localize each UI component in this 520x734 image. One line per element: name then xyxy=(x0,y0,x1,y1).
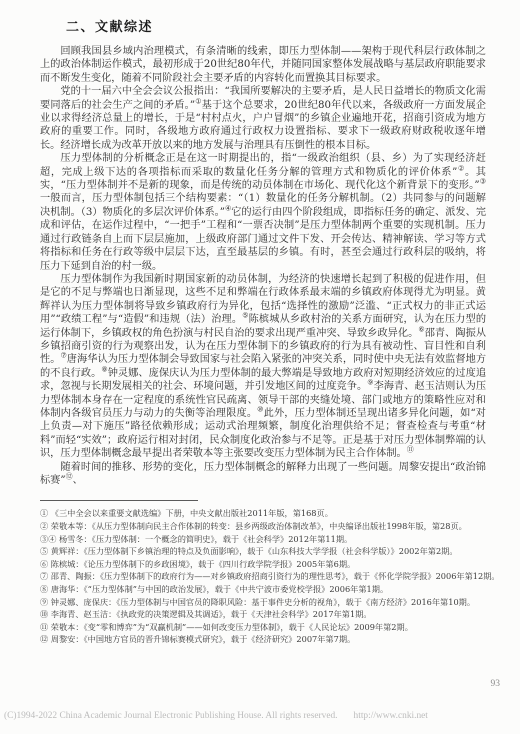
section-heading: 二、文献综述 xyxy=(40,16,486,35)
paragraph-2: 党的十一届六中全会会议公报指出：“我国所要解决的主要矛盾，是人民日益增长的物质文… xyxy=(40,85,486,152)
paragraph-5: 随着时间的推移、形势的变化，压力型体制概念的解释力出现了一些问题。周黎安提出“政… xyxy=(40,461,486,488)
footnote-item: ② 荣敬本等：《从压力型体制向民主合作体制的转变：县乡两级政治体制改革》，中央编… xyxy=(40,520,514,533)
footnote-item: ⑤ 黄辉祥：《压力型体制下乡镇治理的特点及负面影响》，载于《山东科技大学学报（社… xyxy=(40,545,514,558)
paragraph-4: 压力型体制作为我国新时期国家新的动员体制，为经济的快速增长起到了积极的促进作用，… xyxy=(40,273,486,461)
footnote-item: ⑧ 唐海华：《“压力型体制”与中国的政治发展》，载于《中共宁波市委党校学报》20… xyxy=(40,583,514,596)
paragraph-1: 回顾我国县乡域内治理模式，有条清晰的线索，即压力型体制——架构于现代科层行政体制… xyxy=(40,45,486,85)
document-page: 二、文献综述 回顾我国县乡域内治理模式，有条清晰的线索，即压力型体制——架构于现… xyxy=(40,8,486,646)
footnote-item: ③④ 杨雪冬：《压力型体制：一个概念的简明史》，载于《社会科学》2012年第11… xyxy=(40,533,514,546)
cnki-url: http://www.cnki.net xyxy=(354,711,428,721)
footnote-item: ⑩ 李海青、赵玉洁：《执政党的决策逻辑及其调适》，载于《天津社会科学》2017年… xyxy=(40,608,514,621)
footnote-item: ⑪ 荣敬本：《变“零和博弈”为“双赢机制”——如何改变压力型体制》，载于《人民论… xyxy=(40,621,514,634)
footnote-item: ⑦ 邵青、陶振：《压力型体制下的政府行为——对乡镇政府招商引资行为的理性思考》，… xyxy=(40,570,514,583)
page-number: 93 xyxy=(491,679,501,689)
copyright-notice: (C)1994-2022 China Academic Journal Elec… xyxy=(4,711,428,721)
footnote-item: ⑨ 钟灵娜、庞保庆：《压力型体制与中国官员的降职风险：基于事件史分析的视角》，载… xyxy=(40,596,514,609)
footnote-item: ① 《三中全会以来重要文献选编》下册，中央文献出版社2011年版，第168页。 xyxy=(40,507,514,520)
footnote-divider xyxy=(40,500,198,501)
copyright-text: (C)1994-2022 China Academic Journal Elec… xyxy=(4,711,338,721)
paragraph-3: 压力型体制的分析概念正是在这一时期提出的，指“一级政治组织（县、乡）为了实现经济… xyxy=(40,152,486,273)
footnote-item: ⑥ 陈槟城：《论压力型体制下的乡政困境》，载于《四川行政学院学报》2005年第6… xyxy=(40,558,514,571)
footnotes-list: ① 《三中全会以来重要文献选编》下册，中央文献出版社2011年版，第168页。 … xyxy=(40,507,514,646)
footnote-item: ⑫ 周黎安：《中国地方官员的晋升锦标赛模式研究》，载于《经济研究》2007年第7… xyxy=(40,633,514,646)
